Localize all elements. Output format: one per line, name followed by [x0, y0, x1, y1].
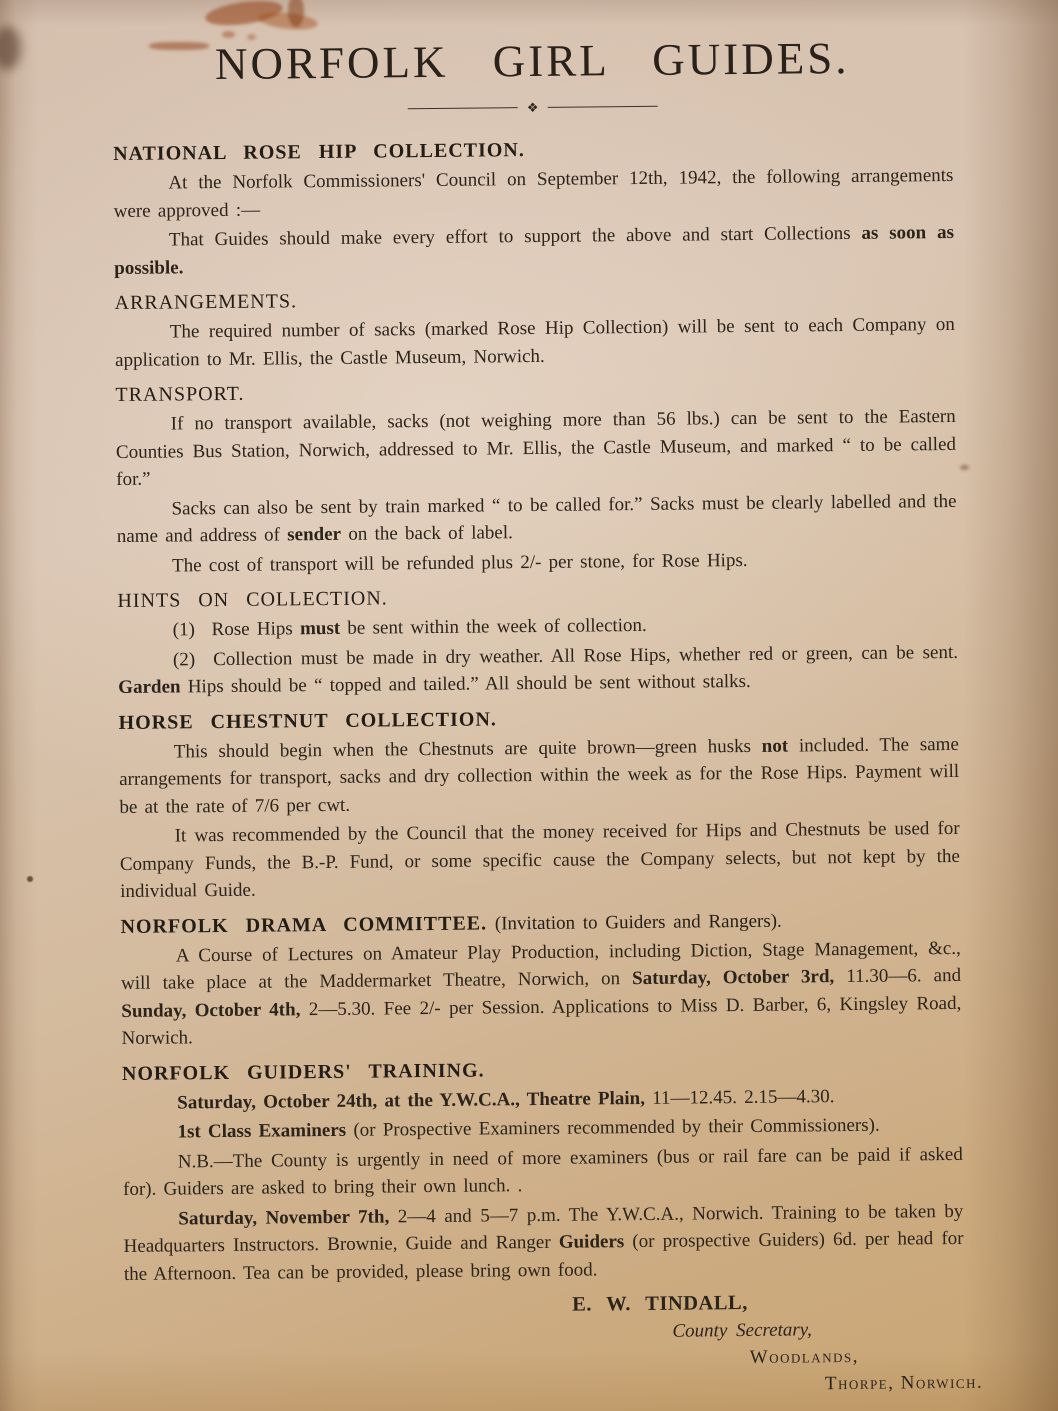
section-heading-chestnut: HORSE CHESTNUT COLLECTION. [118, 702, 958, 735]
divider-line [548, 106, 658, 108]
paragraph-rosehip-intro: At the Norfolk Commissioners' Council on… [113, 162, 953, 225]
paragraph-transport-train: Sacks can also be sent by train marked “… [116, 487, 956, 550]
section-rose-hip-collection: NATIONAL ROSE HIP COLLECTION. At the Nor… [113, 134, 954, 282]
section-guiders-training: NORFOLK GUIDERS' TRAINING. Saturday, Oct… [122, 1053, 964, 1288]
paragraph-training-nb: N.B.—The County is urgently in need of m… [123, 1140, 963, 1203]
section-heading-drama: NORFOLK DRAMA COMMITTEE. (Invitation to … [120, 906, 960, 939]
section-heading-hints: HINTS ON COLLECTION. [117, 581, 957, 614]
hint-item-2: (2) Collection must be made in dry weath… [118, 638, 958, 701]
section-heading-arrangements: ARRANGEMENTS. [114, 283, 954, 316]
section-drama-committee: NORFOLK DRAMA COMMITTEE. (Invitation to … [120, 906, 961, 1052]
paragraph-transport-cost: The cost of transport will be refunded p… [117, 544, 957, 580]
divider-line [408, 107, 518, 109]
signature-block: E. W. TINDALL, County Secretary, Woodlan… [124, 1288, 965, 1404]
title-divider: ❖ [408, 100, 658, 115]
drama-heading-suffix: (Invitation to Guiders and Rangers). [487, 910, 782, 934]
document-title: NORFOLK GIRL GUIDES. [112, 30, 952, 92]
section-arrangements: ARRANGEMENTS. The required number of sac… [114, 283, 955, 374]
divider-ornament-icon: ❖ [527, 101, 539, 114]
signature-role: County Secretary, [672, 1315, 964, 1345]
paragraph-chestnut-money: It was recommended by the Council that t… [120, 815, 961, 906]
section-hints: HINTS ON COLLECTION. (1) Rose Hips must … [117, 581, 958, 702]
paragraph-training-nov7: Saturday, November 7th, 2—4 and 5—7 p.m.… [123, 1197, 964, 1288]
paragraph-transport-bus: If no transport available, sacks (not we… [116, 403, 957, 494]
section-horse-chestnut: HORSE CHESTNUT COLLECTION. This should b… [118, 702, 960, 905]
divider-arrow-icon [518, 105, 524, 111]
paragraph-arrangements-sacks: The required number of sacks (marked Ros… [115, 311, 955, 374]
paragraph-chestnut-begin: This should begin when the Chestnuts are… [119, 730, 960, 821]
paragraph-drama-course: A Course of Lectures on Amateur Play Pro… [121, 934, 962, 1052]
section-heading-training: NORFOLK GUIDERS' TRAINING. [122, 1053, 962, 1086]
signature-name: E. W. TINDALL, [572, 1288, 964, 1319]
section-heading-transport: TRANSPORT. [115, 375, 955, 408]
section-transport: TRANSPORT. If no transport available, sa… [115, 375, 957, 580]
paragraph-rosehip-effort: That Guides should make every effort to … [114, 219, 954, 282]
ink-speck [27, 876, 33, 882]
document-content: NORFOLK GIRL GUIDES. ❖ NATIONAL ROSE HIP… [112, 30, 965, 1404]
ink-speck [960, 465, 969, 470]
signature-address-line1: Woodlands, [750, 1342, 965, 1371]
signature-address-line2: Thorpe, Norwich. [825, 1369, 965, 1397]
drama-heading-text: NORFOLK DRAMA COMMITTEE. [120, 912, 487, 938]
section-heading-rose-hip: NATIONAL ROSE HIP COLLECTION. [113, 134, 953, 167]
corner-shadow [0, 26, 21, 70]
document-page: NORFOLK GIRL GUIDES. ❖ NATIONAL ROSE HIP… [0, 0, 1058, 1411]
